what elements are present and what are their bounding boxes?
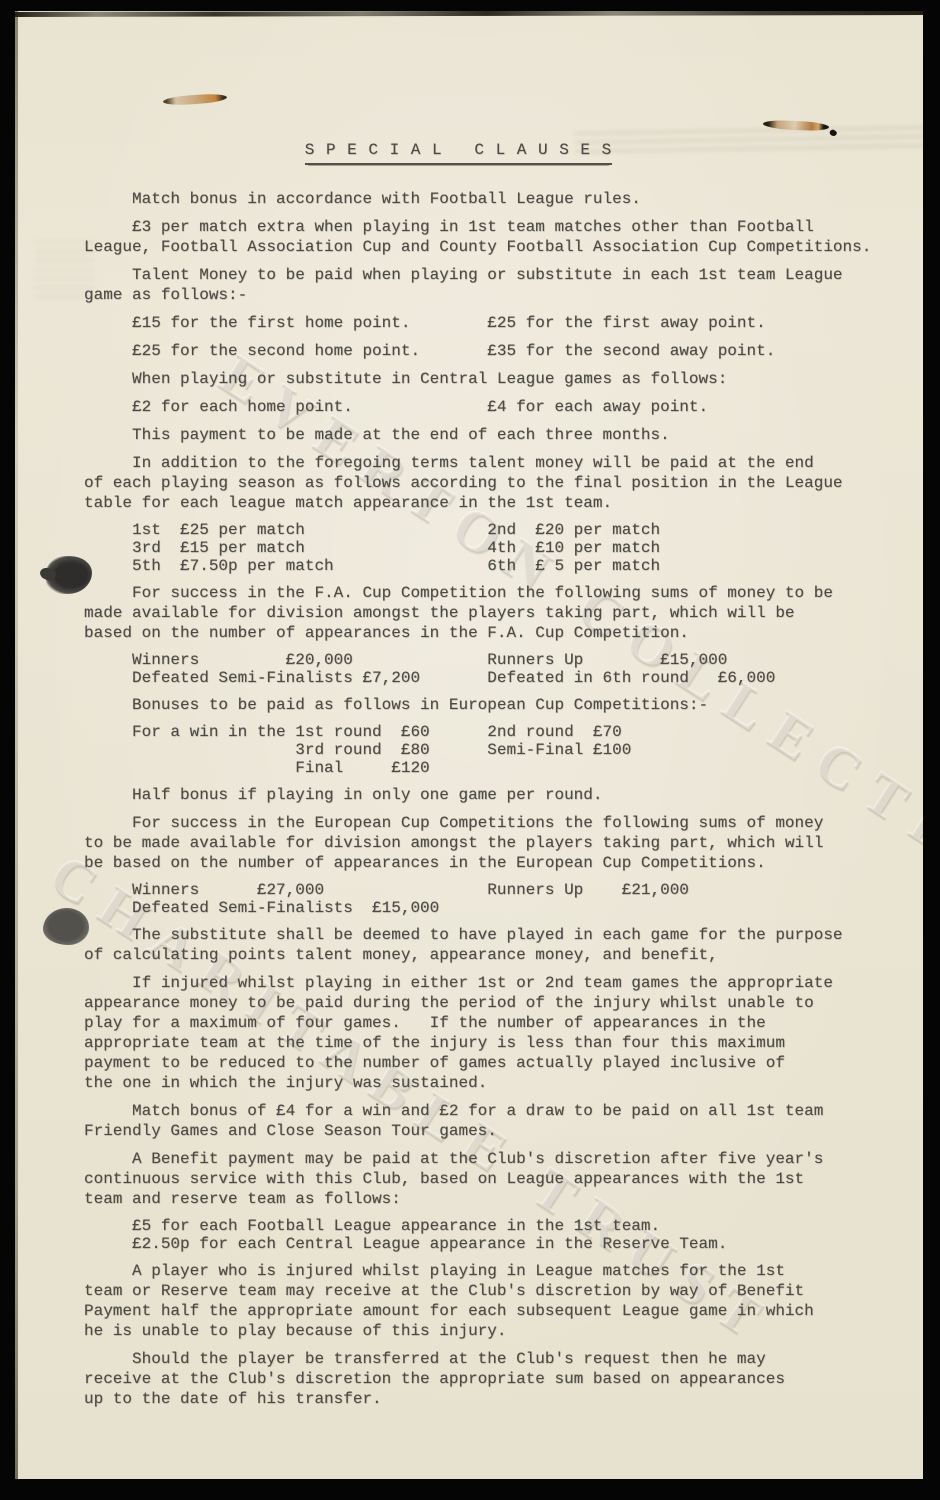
text-line: up to the date of his transfer. [84,1389,905,1409]
text-line: £2.50p for each Central League appearanc… [84,1235,905,1253]
text-line: For success in the F.A. Cup Competition … [84,583,905,603]
paragraph: Bonuses to be paid as follows in Europea… [84,695,905,715]
text-line: Defeated Semi-Finalists £15,000 [84,899,905,917]
text-line: team or Reserve team may receive at the … [84,1281,905,1301]
paragraph: Match bonus in accordance with Football … [84,189,905,209]
text-line: This payment to be made at the end of ea… [84,425,905,445]
text-line: £3 per match extra when playing in 1st t… [84,217,905,237]
paragraph: Talent Money to be paid when playing or … [84,265,905,305]
text-line: based on the number of appearances in th… [84,623,905,643]
text-line: of each playing season as follows accord… [84,473,905,493]
paragraph: The substitute shall be deemed to have p… [84,925,905,965]
scanned-page: EVERTON COLLECTION CHARITABLE TRUST S P … [0,0,940,1500]
text-line: A Benefit payment may be paid at the Clu… [84,1149,905,1169]
text-line: to be made available for division amongs… [84,833,905,853]
paragraph: £2 for each home point. £4 for each away… [84,397,905,417]
paragraph: £15 for the first home point. £25 for th… [84,313,905,333]
text-line: League, Football Association Cup and Cou… [84,237,905,257]
text-line: The substitute shall be deemed to have p… [84,925,905,945]
tabular-block: Winners £27,000 Runners Up £21,000 Defea… [84,881,905,917]
text-line: play for a maximum of four games. If the… [84,1013,905,1033]
tabular-block: For a win in the 1st round £60 2nd round… [84,723,905,777]
paragraph: If injured whilst playing in either 1st … [84,973,905,1093]
text-line: table for each league match appearance i… [84,493,905,513]
text-line: £25 for the second home point. £35 for t… [84,341,905,361]
paragraph: In addition to the foregoing terms talen… [84,453,905,513]
paragraph: For success in the European Cup Competit… [84,813,905,873]
paragraph: £25 for the second home point. £35 for t… [84,341,905,361]
text-line: Winners £27,000 Runners Up £21,000 [84,881,905,899]
text-line: 5th £7.50p per match 6th £ 5 per match [84,557,905,575]
text-line: £15 for the first home point. £25 for th… [84,313,905,333]
text-line: When playing or substitute in Central Le… [84,369,905,389]
text-line: be based on the number of appearances in… [84,853,905,873]
tabular-block: Winners £20,000 Runners Up £15,000 Defea… [84,651,905,687]
text-line: appropriate team at the time of the inju… [84,1033,905,1053]
rust-stain [163,93,227,106]
text-line: Match bonus in accordance with Football … [84,189,905,209]
paper-top-edge [15,11,923,17]
paragraph: For success in the F.A. Cup Competition … [84,583,905,643]
text-line: Final £120 [84,759,905,777]
ink-blob [43,908,89,945]
typewritten-text: S P E C I A L C L A U S E S Match bonus … [84,141,905,1417]
tabular-block: 1st £25 per match 2nd £20 per match 3rd … [84,521,905,575]
text-line: Defeated Semi-Finalists £7,200 Defeated … [84,669,905,687]
paragraph: £3 per match extra when playing in 1st t… [84,217,905,257]
page-title: S P E C I A L C L A U S E S [305,141,612,165]
text-line: Talent Money to be paid when playing or … [84,265,905,285]
text-line: Bonuses to be paid as follows in Europea… [84,695,905,715]
paper-left-edge [15,11,18,1479]
text-line: Winners £20,000 Runners Up £15,000 [84,651,905,669]
title-row: S P E C I A L C L A U S E S [48,141,869,165]
text-line: receive at the Club's discretion the app… [84,1369,905,1389]
paragraph: Should the player be transferred at the … [84,1349,905,1409]
text-line: For a win in the 1st round £60 2nd round… [84,723,905,741]
text-line: the one in which the injury was sustaine… [84,1073,905,1093]
text-line: If injured whilst playing in either 1st … [84,973,905,993]
text-line: Payment half the appropriate amount for … [84,1301,905,1321]
text-line: payment to be reduced to the number of g… [84,1053,905,1073]
text-line: made available for division amongst the … [84,603,905,623]
text-line: Friendly Games and Close Season Tour gam… [84,1121,905,1141]
text-line: Half bonus if playing in only one game p… [84,785,905,805]
text-line: £2 for each home point. £4 for each away… [84,397,905,417]
text-line: Match bonus of £4 for a win and £2 for a… [84,1101,905,1121]
text-line: appearance money to be paid during the p… [84,993,905,1013]
paper-sheet: EVERTON COLLECTION CHARITABLE TRUST S P … [15,11,923,1479]
text-line: continuous service with this Club, based… [84,1169,905,1189]
text-line: 3rd round £80 Semi-Final £100 [84,741,905,759]
paragraph: Match bonus of £4 for a win and £2 for a… [84,1101,905,1141]
paragraph: A Benefit payment may be paid at the Clu… [84,1149,905,1209]
rust-stain [763,119,829,131]
text-line: A player who is injured whilst playing i… [84,1261,905,1281]
text-line: of calculating points talent money, appe… [84,945,905,965]
document-body: Match bonus in accordance with Football … [84,189,905,1409]
tabular-block: £5 for each Football League appearance i… [84,1217,905,1253]
text-line: he is unable to play because of this inj… [84,1321,905,1341]
text-line: 3rd £15 per match 4th £10 per match [84,539,905,557]
paragraph: When playing or substitute in Central Le… [84,369,905,389]
text-line: £5 for each Football League appearance i… [84,1217,905,1235]
text-line: In addition to the foregoing terms talen… [84,453,905,473]
paragraph: A player who is injured whilst playing i… [84,1261,905,1341]
text-line: 1st £25 per match 2nd £20 per match [84,521,905,539]
paragraph: Half bonus if playing in only one game p… [84,785,905,805]
text-line: game as follows:- [84,285,905,305]
text-line: For success in the European Cup Competit… [84,813,905,833]
paragraph: This payment to be made at the end of ea… [84,425,905,445]
text-line: Should the player be transferred at the … [84,1349,905,1369]
text-line: team and reserve team as follows: [84,1189,905,1209]
